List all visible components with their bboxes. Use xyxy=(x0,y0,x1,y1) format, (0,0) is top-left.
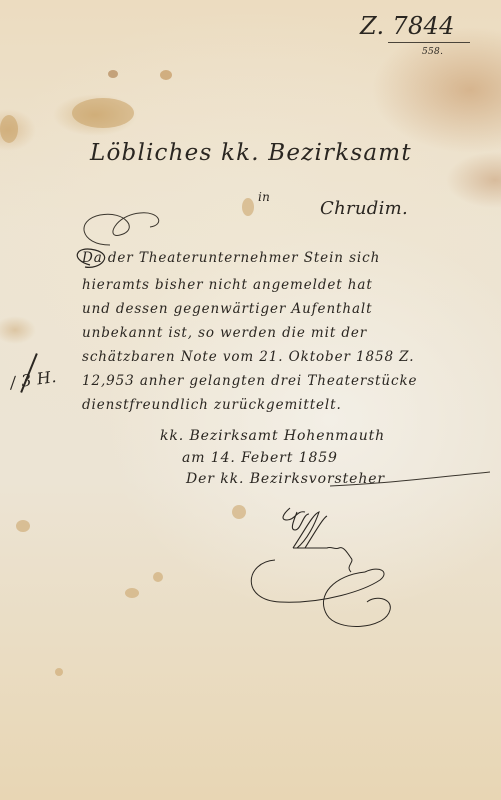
reference-underline xyxy=(388,42,470,43)
spot-stain xyxy=(16,520,30,532)
body-line: hieramts bisher nicht angemeldet hat xyxy=(82,277,373,293)
spot-stain xyxy=(160,70,172,80)
water-stain xyxy=(72,98,134,128)
salutation-heading: Löbliches kk. Bezirksamt xyxy=(90,140,412,166)
spot-stain xyxy=(108,70,118,78)
margin-note: / 3 H. xyxy=(9,367,58,392)
body-line: dienstfreundlich zurückgemittelt. xyxy=(82,397,342,413)
water-stain xyxy=(0,115,18,143)
closing-date: am 14. Febert 1859 xyxy=(182,450,338,466)
place-name: Chrudim. xyxy=(320,198,408,219)
spot-stain xyxy=(153,572,163,582)
spot-stain xyxy=(242,198,254,216)
body-line: und dessen gegenwärtiger Aufenthalt xyxy=(82,301,372,317)
signature-paraph-icon xyxy=(235,500,415,640)
place-prefix: in xyxy=(258,190,270,204)
spot-stain xyxy=(125,588,139,598)
document-page: Z. 7844 558. Löbliches kk. Bezirksamt in… xyxy=(0,0,501,800)
body-line: schätzbaren Note vom 21. Oktober 1858 Z. xyxy=(82,349,414,365)
body-line: 12,953 anher gelangten drei Theaterstück… xyxy=(82,373,417,389)
closing-tail-stroke xyxy=(330,470,490,490)
closing-office: kk. Bezirksamt Hohenmauth xyxy=(160,428,385,444)
body-line: Da der Theaterunternehmer Stein sich xyxy=(82,250,380,266)
spot-stain xyxy=(55,668,63,676)
reference-number: Z. 7844 xyxy=(360,12,455,40)
body-line: unbekannt ist, so werden die mit der xyxy=(82,325,367,341)
reference-sub-number: 558. xyxy=(422,47,443,57)
